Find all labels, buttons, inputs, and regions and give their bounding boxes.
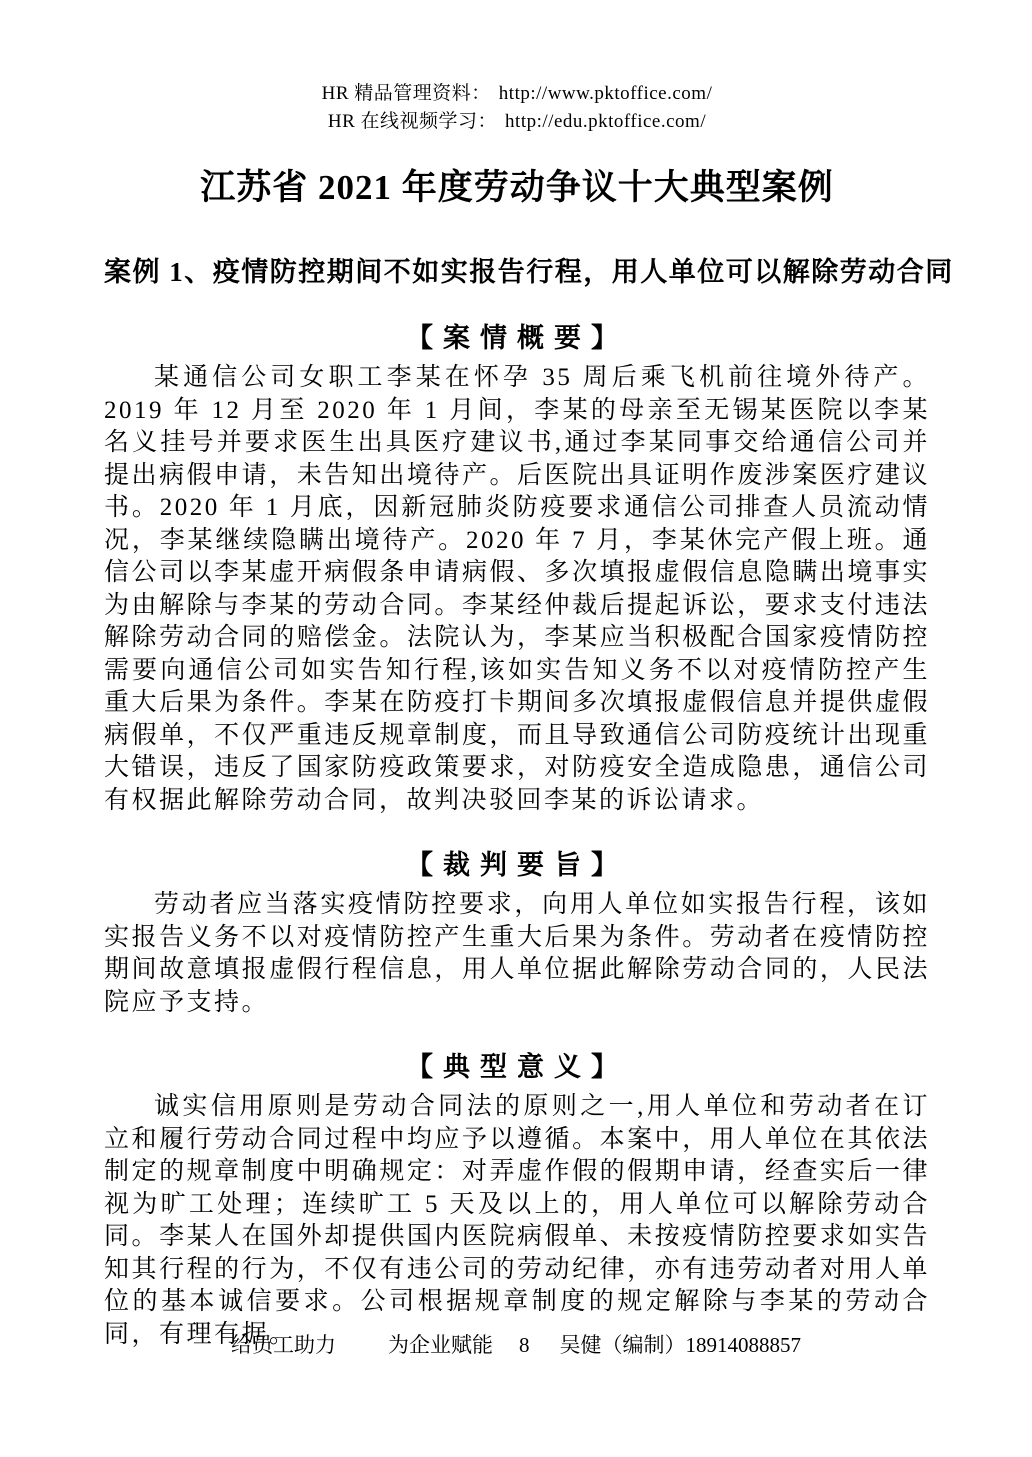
section-case-summary: 【案情概要】 某通信公司女职工李某在怀孕 35 周后乘飞机前往境外待产。2019… bbox=[104, 320, 930, 817]
section-heading-case-summary: 【案情概要】 bbox=[104, 320, 930, 356]
page-header: HR 精品管理资料：http://www.pktoffice.com/ HR 在… bbox=[104, 80, 930, 136]
section-heading-typical-significance: 【典型意义】 bbox=[104, 1049, 930, 1085]
section-body-typical-significance: 诚实信用原则是劳动合同法的原则之一,用人单位和劳动者在订立和履行劳动合同过程中均… bbox=[104, 1091, 930, 1351]
document-page: HR 精品管理资料：http://www.pktoffice.com/ HR 在… bbox=[0, 0, 1032, 1457]
section-typical-significance: 【典型意义】 诚实信用原则是劳动合同法的原则之一,用人单位和劳动者在订立和履行劳… bbox=[104, 1049, 930, 1351]
section-body-case-summary: 某通信公司女职工李某在怀孕 35 周后乘飞机前往境外待产。2019 年 12 月… bbox=[104, 362, 930, 817]
document-title: 江苏省 2021 年度劳动争议十大典型案例 bbox=[104, 166, 930, 210]
header-url-1: http://www.pktoffice.com/ bbox=[499, 83, 713, 104]
page-content: HR 精品管理资料：http://www.pktoffice.com/ HR 在… bbox=[0, 0, 1032, 1351]
header-label-1: HR 精品管理资料： bbox=[322, 83, 491, 104]
header-line-1: HR 精品管理资料：http://www.pktoffice.com/ bbox=[104, 80, 930, 108]
section-judgment-gist: 【裁判要旨】 劳动者应当落实疫情防控要求，向用人单位如实报告行程，该如实报告义务… bbox=[104, 847, 930, 1019]
case-heading: 案例 1、疫情防控期间不如实报告行程，用人单位可以解除劳动合同 bbox=[104, 254, 930, 290]
footer-motto-1: 给员工助力 bbox=[231, 1333, 336, 1357]
section-body-judgment-gist: 劳动者应当落实疫情防控要求，向用人单位如实报告行程，该如实报告义务不以对疫情防控… bbox=[104, 889, 930, 1019]
header-label-2: HR 在线视频学习： bbox=[328, 111, 497, 132]
page-number: 8 bbox=[519, 1333, 530, 1357]
footer-author: 吴健（编制）18914088857 bbox=[560, 1333, 802, 1357]
footer-motto-2: 为企业赋能 bbox=[388, 1333, 493, 1357]
header-line-2: HR 在线视频学习：http://edu.pktoffice.com/ bbox=[104, 108, 930, 136]
page-footer: 给员工助力为企业赋能8吴健（编制）18914088857 bbox=[0, 1330, 1032, 1360]
section-heading-judgment-gist: 【裁判要旨】 bbox=[104, 847, 930, 883]
header-url-2: http://edu.pktoffice.com/ bbox=[505, 111, 706, 132]
